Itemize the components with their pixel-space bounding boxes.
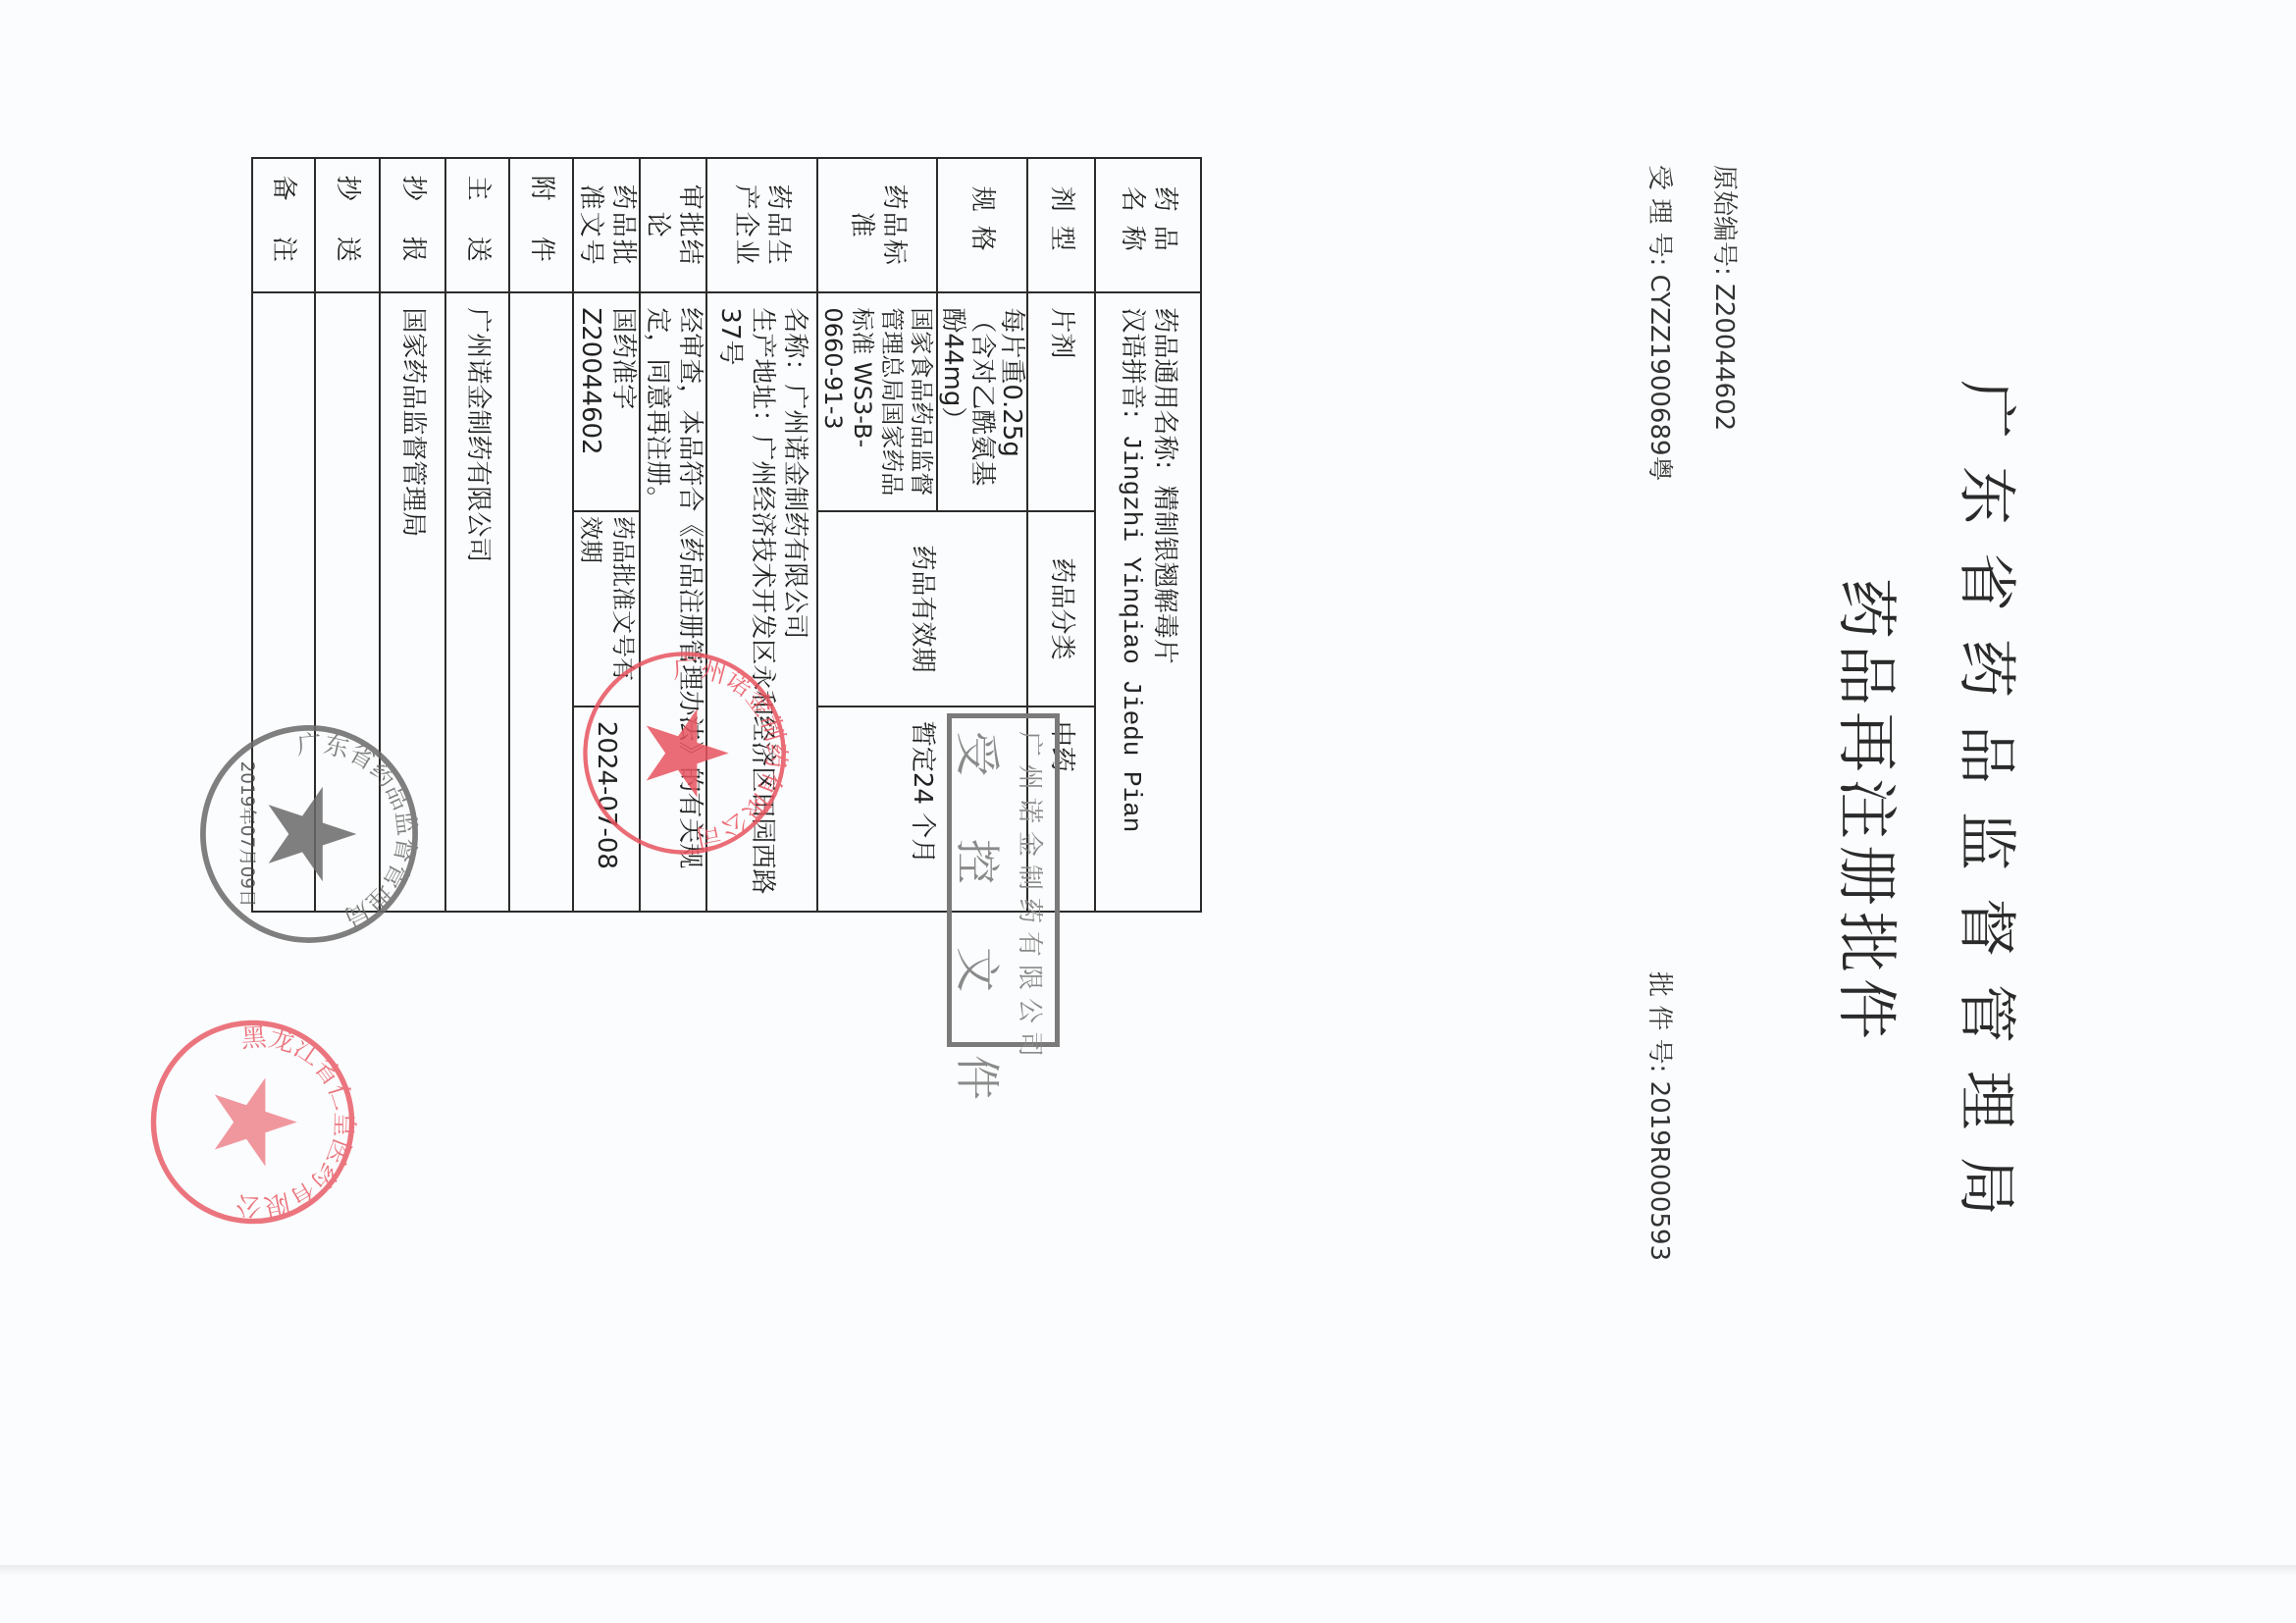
agency-official-seal: 广东省药品监督管理局 2019年07月09日: [196, 721, 422, 947]
scan-edge: [0, 1565, 2296, 1575]
pinyin: Jingzhi Yinqiao Jiedu Pian: [1118, 435, 1147, 833]
approval-number-label: 批 件 号:: [1644, 971, 1674, 1073]
report-to-label: 抄 报: [380, 158, 445, 292]
drug-name-value: 药品通用名称: 精制银翘解毒片 汉语拼音: Jingzhi Yinqiao Ji…: [1095, 292, 1201, 912]
generic-name: 精制银翘解毒片: [1151, 486, 1180, 664]
document-sheet: 广东省药品监督管理局 药品再注册批件 原始编号: Z20044602 受 理 号…: [0, 0, 2296, 1623]
approval-number-value: 2019R000593: [1644, 1081, 1674, 1262]
pinyin-label: 汉语拼音:: [1119, 307, 1148, 418]
acceptance-number-label: 受 理 号:: [1644, 165, 1674, 266]
cc-label: 抄 送: [315, 158, 380, 292]
star-icon: [647, 708, 729, 797]
agency-title: 广东省药品监督管理局: [1949, 0, 2033, 1623]
guangzhou-company-seal: 广州诺金制药有限公司: [579, 648, 790, 859]
standard-value: 国家食品药品监督管理总局国家药品标准 WS3-B-0660-91-3: [817, 292, 937, 511]
drug-name-label: 药品名称: [1095, 158, 1201, 292]
controlled-stamp-text: 受控文件: [948, 731, 1013, 1163]
generic-name-label: 药品通用名称:: [1151, 307, 1180, 469]
original-number-label: 原始编号:: [1709, 165, 1739, 276]
dosage-form-label: 剂型: [1027, 158, 1095, 292]
star-icon: [215, 1077, 297, 1166]
main-recipient-value: 广州诺金制药有限公司: [445, 292, 509, 912]
spec-value: 每片重0.25g（含对乙酰氨基酚44mg）: [937, 292, 1027, 511]
acceptance-number-value: CYZZ1900689粤: [1644, 275, 1674, 482]
controlled-stamp-company: 广州诺金制药有限公司: [1014, 731, 1050, 1065]
row-attachment: 附 件: [509, 158, 573, 912]
attachment-label: 附 件: [509, 158, 573, 292]
category-label: 药品分类: [1027, 511, 1095, 707]
row-drug-name: 药品名称 药品通用名称: 精制银翘解毒片 汉语拼音: Jingzhi Yinqi…: [1095, 158, 1201, 912]
row-main-recipient: 主 送 广州诺金制药有限公司: [445, 158, 509, 912]
manufacturer-label: 药品生产企业: [706, 158, 817, 292]
conclusion-label: 审批结论: [640, 158, 706, 292]
remarks-label: 备 注: [252, 158, 315, 292]
approval-doc-label: 药品批准文号: [573, 158, 640, 292]
document-title: 药品再注册批件: [1828, 0, 1915, 1623]
attachment-value: [509, 292, 573, 912]
standard-label: 药品标准: [817, 158, 937, 292]
approval-number: 批 件 号: 2019R000593: [1644, 971, 1680, 1261]
acceptance-number: 受 理 号: CYZZ1900689粤: [1644, 165, 1680, 482]
dosage-form-value: 片剂: [1027, 292, 1095, 511]
heilongjiang-company-seal: 黑龙江省仁皇医药有限公司: [147, 1017, 358, 1228]
validity-label: 药品有效期: [817, 511, 1027, 707]
main-recipient-label: 主 送: [445, 158, 509, 292]
star-icon: [269, 787, 357, 882]
original-number-value: Z20044602: [1709, 284, 1739, 431]
spec-label: 规格: [937, 158, 1027, 292]
approval-doc-value: 国药准字Z20044602: [573, 292, 640, 511]
original-number: 原始编号: Z20044602: [1708, 165, 1745, 431]
svg-text:2019年07月09日: 2019年07月09日: [236, 761, 258, 908]
